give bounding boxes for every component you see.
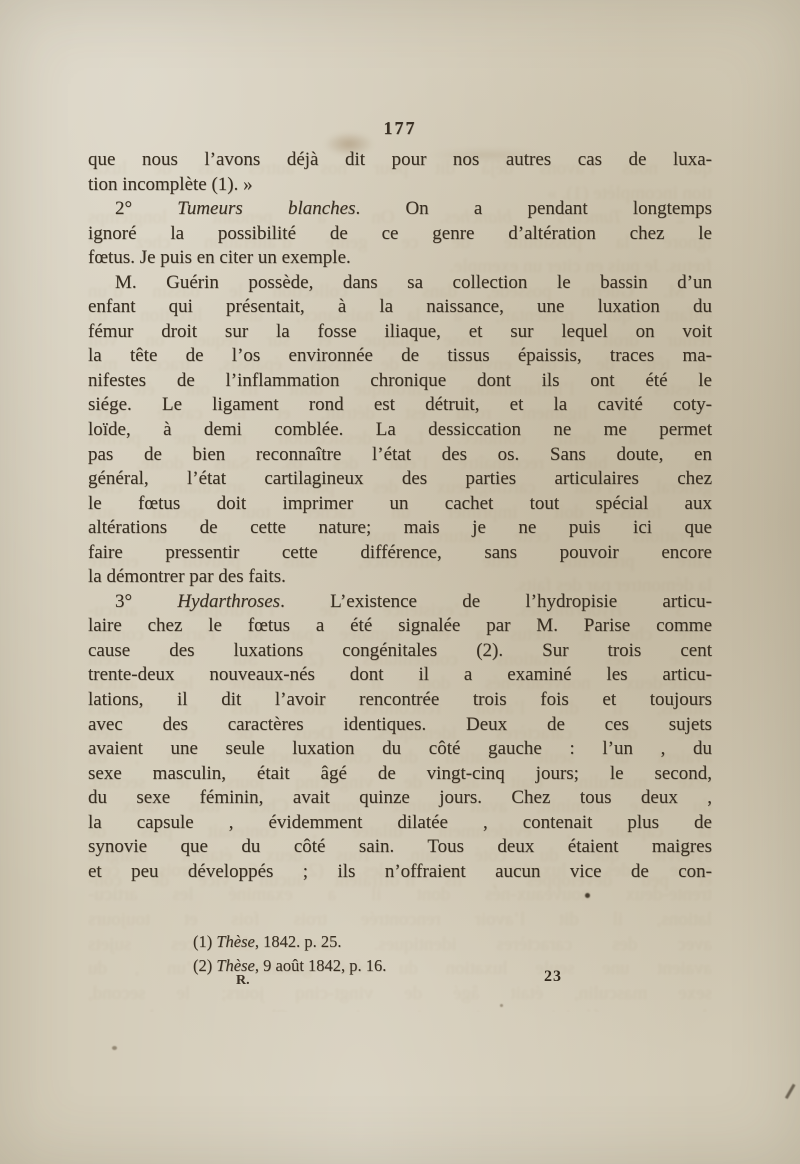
text-line: lations, il dit l’avoir rencontrée trois… <box>88 688 712 713</box>
text-line: 2° Tumeurs blanches. On a pendant longte… <box>88 197 712 222</box>
text-line: loïde, à demi comblée. La dessiccation n… <box>88 418 712 443</box>
text-line: ignoré la possibilité de ce genre d’alté… <box>88 222 712 247</box>
text-line: synovie que du côté sain. Tous deux étai… <box>88 835 712 860</box>
text-line: lations, il dit l’avoir rencontrée trois… <box>88 908 712 933</box>
ink-speck <box>500 1004 503 1007</box>
text-line: pas de bien reconnaître l’état des os. S… <box>88 443 712 468</box>
text-line: avec des caractères identiques. Deux de … <box>88 713 712 738</box>
text-line: faire pressentir cette différence, sans … <box>88 541 712 566</box>
text-line: avaient une seule luxation du côté gauch… <box>88 737 712 762</box>
text-line: 3° Hydarthroses. L’existence de l’hydrop… <box>88 590 712 615</box>
text-line: cause des luxations congénitales (2). Su… <box>88 639 712 664</box>
page-number: 177 <box>88 118 712 139</box>
text-line: trente-deux nouveaux-nés dont il a exami… <box>88 663 712 688</box>
text-line: la capsule , évidemment dilatée , conten… <box>88 811 712 836</box>
text-line: tion incomplète (1). » <box>88 173 712 198</box>
text-line: laire chez le fœtus a été signalée par M… <box>88 614 712 639</box>
text-line: général, l’état cartilagineux des partie… <box>88 467 712 492</box>
text-line: et peu développés ; ils n’offraient aucu… <box>88 860 712 885</box>
ink-speck <box>112 1046 117 1050</box>
text-line: du sexe féminin, avait quinze jours. Che… <box>88 786 712 811</box>
text-line: la démontrer par des faits. <box>88 565 712 590</box>
text-line: sexe masculin, était âgé de vingt-cinq j… <box>88 762 712 787</box>
text-line: trente-deux nouveaux-nés dont il a exami… <box>88 883 712 908</box>
text-line: fémur droit sur la fosse iliaque, et sur… <box>88 320 712 345</box>
ink-speck <box>585 893 590 898</box>
text-line: la tête de l’os environnée de tissus épa… <box>88 344 712 369</box>
text-line: nifestes de l’inflammation chronique don… <box>88 369 712 394</box>
body-text: que nous l’avons déjà dit pour nos autre… <box>88 148 712 884</box>
text-line: que nous l’avons déjà dit pour nos autre… <box>88 148 712 173</box>
text-line: fœtus. Je puis en citer un exemple. <box>88 246 712 271</box>
text-line: sexe masculin, était âgé de vingt-cinq j… <box>88 982 712 1007</box>
text-line: le fœtus doit imprimer un cachet tout sp… <box>88 492 712 517</box>
text-line: altérations de cette nature; mais je ne … <box>88 516 712 541</box>
text-line: M. Guérin possède, dans sa collection le… <box>88 271 712 296</box>
sheet-number: 23 <box>544 968 562 986</box>
footnote-line: (1) Thèse, 1842. p. 25. <box>193 930 613 954</box>
pen-mark <box>785 1084 795 1099</box>
signature-mark: R. <box>236 973 250 989</box>
text-line: siége. Le ligament rond est détruit, et … <box>88 393 712 418</box>
text-line: enfant qui présentait, à la naissance, u… <box>88 295 712 320</box>
book-page: que nous l’avons déjà dit pour nos autre… <box>0 0 800 1164</box>
text-line: du sexe féminin, avait quinze jours. Che… <box>88 1006 712 1012</box>
